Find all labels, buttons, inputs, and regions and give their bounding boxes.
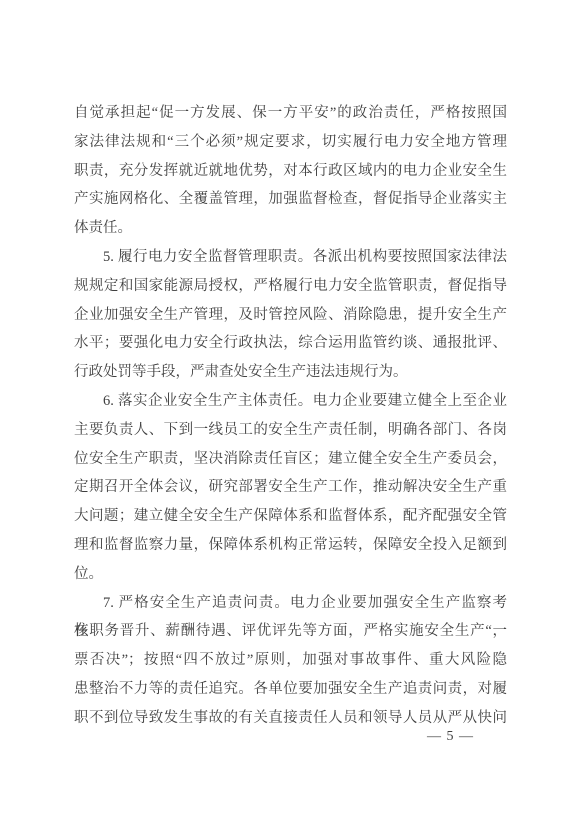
body-text: 自觉承担起“促一方发展、保一方平安”的政治责任，严格按照国家法律法规和“三个必须… [74, 99, 507, 733]
text-line: 产实施网格化、全覆盖管理，加强监督检查，督促指导企业落实主 [74, 185, 507, 214]
text-line: 体责任。 [74, 214, 507, 243]
document-page: 自觉承担起“促一方发展、保一方平安”的政治责任，严格按照国家法律法规和“三个必须… [0, 0, 580, 820]
text-line: 水平；要强化电力安全行政执法，综合运用监管约谈、通报批评、 [74, 329, 507, 358]
text-line: 定期召开全体会议，研究部署安全生产工作，推动解决安全生产重 [74, 473, 507, 502]
paragraph: 7. 严格安全生产追责问责。电力企业要加强安全生产监察考核，在职务晋升、薪酬待遇… [74, 589, 507, 733]
text-line: 规规定和国家能源局授权，严格履行电力安全监管职责，督促指导 [74, 272, 507, 301]
text-line: 企业加强安全生产管理，及时管控风险、消除隐患，提升安全生产 [74, 301, 507, 330]
text-line: 自觉承担起“促一方发展、保一方平安”的政治责任，严格按照国 [74, 99, 507, 128]
text-line: 职责，充分发挥就近就地优势，对本行政区域内的电力企业安全生 [74, 157, 507, 186]
text-line: 在职务晋升、薪酬待遇、评优评先等方面，严格实施安全生产“一 [74, 617, 507, 646]
text-line: 理和监督监察力量，保障体系机构正常运转，保障安全投入足额到 [74, 531, 507, 560]
text-line: 大问题；建立健全安全生产保障体系和监督体系，配齐配强安全管 [74, 502, 507, 531]
paragraph: 5. 履行电力安全监督管理职责。各派出机构要按照国家法律法规规定和国家能源局授权… [74, 243, 507, 387]
text-line: 主要负责人、下到一线员工的安全生产责任制，明确各部门、各岗 [74, 416, 507, 445]
paragraph: 自觉承担起“促一方发展、保一方平安”的政治责任，严格按照国家法律法规和“三个必须… [74, 99, 507, 243]
text-line: 位安全生产职责，坚决消除责任盲区；建立健全安全生产委员会， [74, 445, 507, 474]
text-line: 位。 [74, 560, 507, 589]
text-line: 患整治不力等的责任追究。各单位要加强安全生产追责问责，对履 [74, 675, 507, 704]
text-line: 7. 严格安全生产追责问责。电力企业要加强安全生产监察考核， [74, 589, 507, 618]
text-line: 5. 履行电力安全监督管理职责。各派出机构要按照国家法律法 [74, 243, 507, 272]
text-line: 6. 落实企业安全生产主体责任。电力企业要建立健全上至企业 [74, 387, 507, 416]
text-line: 票否决”；按照“四不放过”原则，加强对事故事件、重大风险隐 [74, 646, 507, 675]
text-line: 家法律法规和“三个必须”规定要求，切实履行电力安全地方管理 [74, 128, 507, 157]
text-line: 行政处罚等手段，严肃查处安全生产违法违规行为。 [74, 358, 507, 387]
paragraph: 6. 落实企业安全生产主体责任。电力企业要建立健全上至企业主要负责人、下到一线员… [74, 387, 507, 589]
page-number: — 5 — [427, 729, 474, 745]
